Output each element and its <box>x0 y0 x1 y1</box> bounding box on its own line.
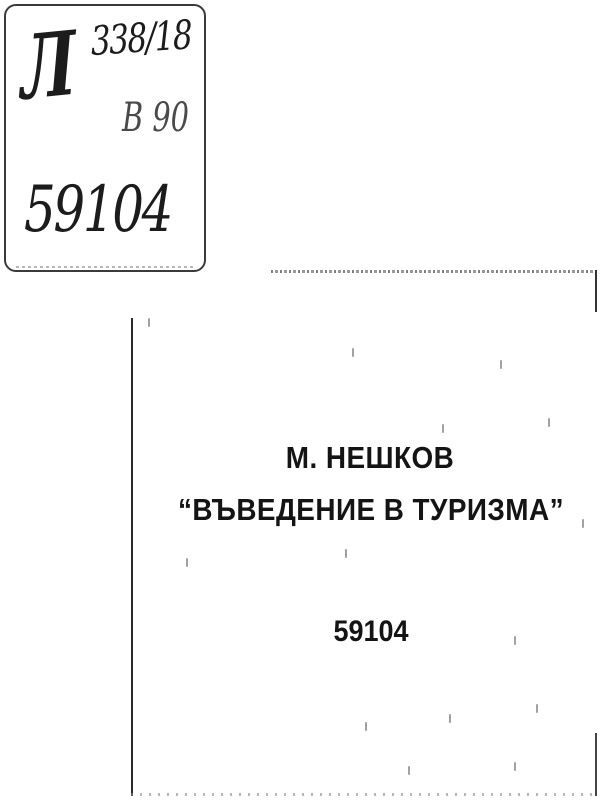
card-title: “ВЪВЕДЕНИЕ В ТУРИЗМА” <box>168 492 575 528</box>
scan-speck <box>536 704 538 713</box>
stamp-mark: Л <box>18 19 78 112</box>
stamp-shelf-mark: В 90 <box>122 98 189 138</box>
scan-speck <box>345 549 347 558</box>
scan-speck <box>148 318 150 327</box>
card-top-edge <box>271 270 597 273</box>
card-right-edge <box>595 270 597 796</box>
stamp-inventory-number: 59104 <box>24 178 171 242</box>
scan-speck <box>408 766 410 775</box>
scan-speck <box>365 722 367 731</box>
scan-speck <box>514 762 516 771</box>
scan-speck <box>352 348 354 357</box>
stamp-dotted-line <box>16 266 194 268</box>
scan-speck <box>548 418 550 427</box>
scan-speck <box>500 360 502 369</box>
card-left-edge <box>131 318 133 796</box>
catalog-card: М. НЕШКОВ “ВЪВЕДЕНИЕ В ТУРИЗМА” 59104 <box>131 270 597 796</box>
stamp-catalog-number: 338/18 <box>90 15 192 62</box>
scan-speck <box>442 424 444 433</box>
scan-speck <box>186 558 188 567</box>
scan-speck <box>582 519 584 528</box>
scan-speck <box>514 636 516 645</box>
scan-speck <box>449 714 451 723</box>
card-author: М. НЕШКОВ <box>166 440 575 476</box>
card-bottom-edge <box>131 793 597 796</box>
library-stamp: Л 338/18 В 90 59104 <box>4 4 206 272</box>
